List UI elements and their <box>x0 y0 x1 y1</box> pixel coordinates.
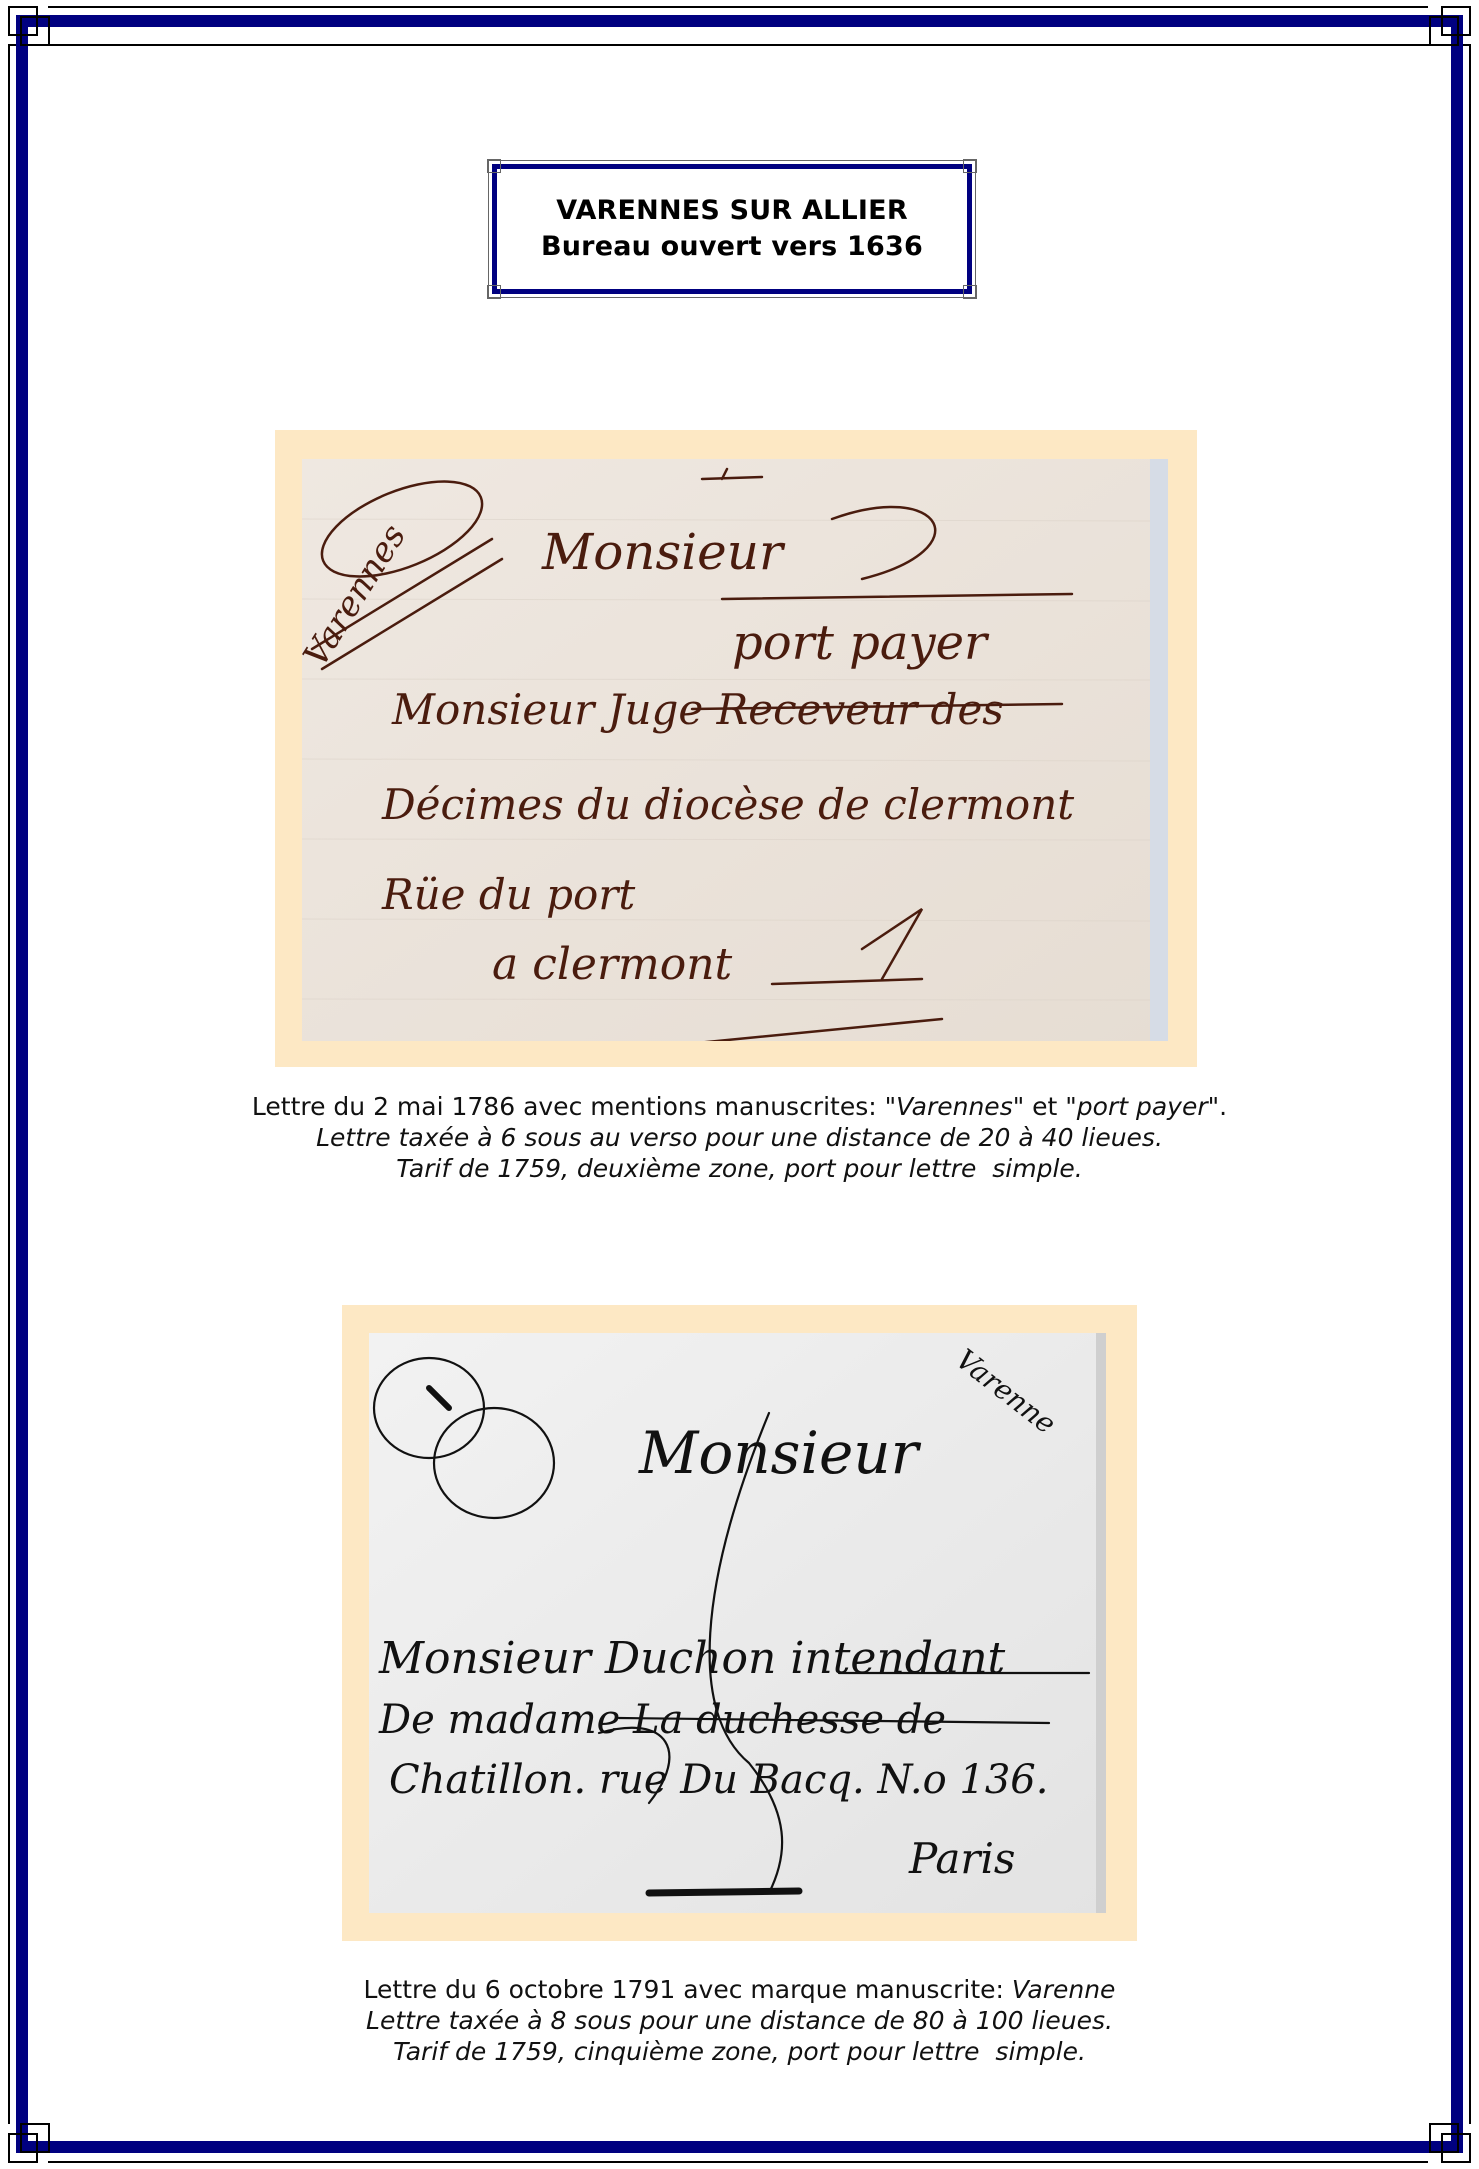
corner-ornament <box>20 16 50 46</box>
caption-mark: "port payer" <box>1065 1092 1219 1121</box>
caption-mark: Varenne <box>1012 1975 1116 2004</box>
corner-ornament <box>1429 2123 1459 2153</box>
corner-ornament <box>20 2123 50 2153</box>
letter-2-handwriting: Varenne Monsieur Monsieur Duchon intenda… <box>369 1333 1106 1913</box>
caption-line: Lettre taxée à 8 sous pour une distance … <box>0 2005 1479 2036</box>
letter-1-handwriting: Varennes Monsieur port payer Monsieur Ju… <box>302 459 1168 1041</box>
svg-text:Paris: Paris <box>908 1834 1015 1883</box>
svg-text:Monsieur: Monsieur <box>541 523 786 581</box>
svg-text:Monsieur Duchon intendant: Monsieur Duchon intendant <box>378 1633 1006 1684</box>
letter-1-image: Varennes Monsieur port payer Monsieur Ju… <box>302 459 1168 1041</box>
caption-text: Lettre du 6 octobre 1791 avec marque man… <box>364 1975 1012 2004</box>
page-subtitle: Bureau ouvert vers 1636 <box>541 229 923 265</box>
corner-ornament <box>1429 16 1459 46</box>
corner-ornament <box>963 285 977 299</box>
letter-2-image: Varenne Monsieur Monsieur Duchon intenda… <box>369 1333 1106 1913</box>
outer-thin-line-top <box>48 6 1428 8</box>
svg-text:port payer: port payer <box>732 615 990 671</box>
page-title: VARENNES SUR ALLIER <box>556 193 908 229</box>
outer-thin-line-right <box>1469 44 1471 2124</box>
svg-text:Monsieur: Monsieur <box>638 1419 922 1487</box>
outer-thin-line-bottom <box>48 2161 1428 2163</box>
letter-1-caption: Lettre du 2 mai 1786 avec mentions manus… <box>0 1091 1479 1184</box>
caption-line: Tarif de 1759, cinquième zone, port pour… <box>0 2036 1479 2067</box>
caption-line: Lettre taxée à 6 sous au verso pour une … <box>0 1122 1479 1153</box>
corner-ornament <box>487 285 501 299</box>
caption-text: et <box>1024 1092 1065 1121</box>
svg-text:Monsieur Juge Receveur des: Monsieur Juge Receveur des <box>391 685 1004 734</box>
caption-text: Lettre du 2 mai 1786 avec mentions manus… <box>252 1092 885 1121</box>
letter-2-caption: Lettre du 6 octobre 1791 avec marque man… <box>0 1974 1479 2067</box>
svg-text:a clermont: a clermont <box>492 939 733 990</box>
caption-line: Lettre du 6 octobre 1791 avec marque man… <box>0 1974 1479 2005</box>
svg-text:Rüe du port: Rüe du port <box>381 870 635 919</box>
svg-text:Chatillon. rue Du Bacq. N.o 13: Chatillon. rue Du Bacq. N.o 136. <box>389 1757 1048 1803</box>
caption-line: Lettre du 2 mai 1786 avec mentions manus… <box>0 1091 1479 1122</box>
title-box: VARENNES SUR ALLIER Bureau ouvert vers 1… <box>492 164 972 294</box>
caption-mark: "Varennes" <box>885 1092 1025 1121</box>
svg-text:Décimes du diocèse de clermont: Décimes du diocèse de clermont <box>381 780 1074 829</box>
svg-text:De madame La duchesse de: De madame La duchesse de <box>378 1697 946 1743</box>
corner-ornament <box>963 159 977 173</box>
caption-line: Tarif de 1759, deuxième zone, port pour … <box>0 1153 1479 1184</box>
corner-ornament <box>487 159 501 173</box>
caption-text: . <box>1219 1092 1227 1121</box>
